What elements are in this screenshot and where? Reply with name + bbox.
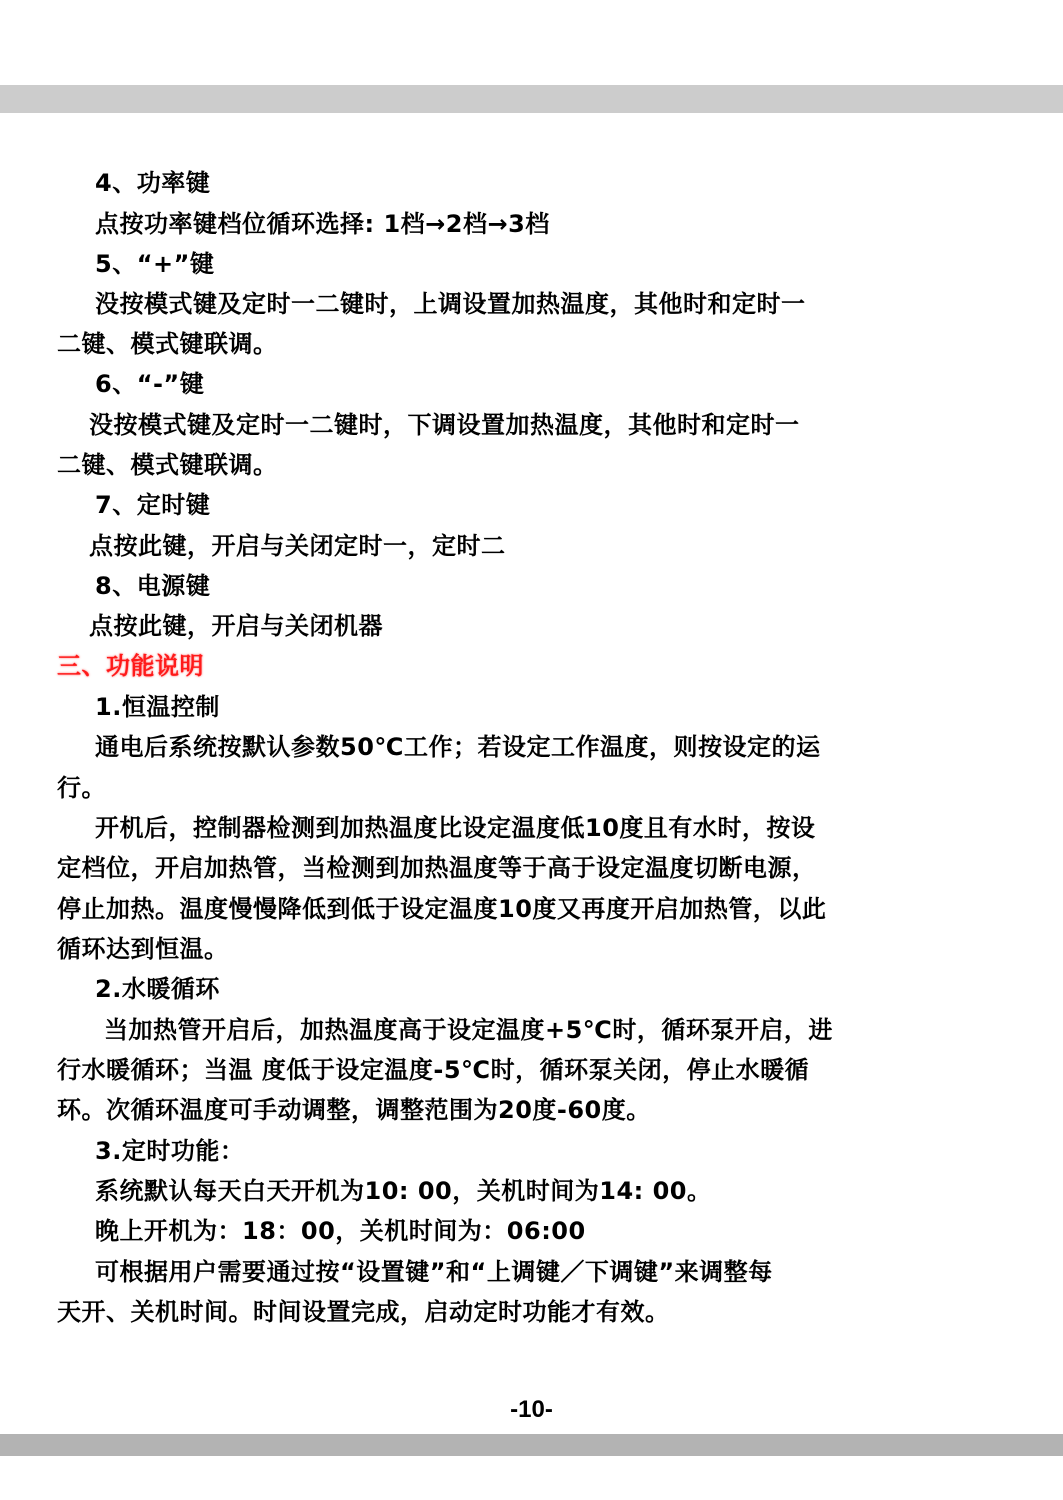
subsection-title: 2.水暖循环 <box>95 974 220 1004</box>
paragraph-line: 循环达到恒温。 <box>57 934 229 964</box>
paragraph-line: 行。 <box>57 773 106 803</box>
key-title: 5、“+”键 <box>95 249 214 279</box>
key-description: 点按此键，开启与关闭定时一，定时二 <box>89 531 506 561</box>
subsection-title: 1.恒温控制 <box>95 692 220 722</box>
paragraph-line: 定档位，开启加热管，当检测到加热温度等于高于设定温度切断电源， <box>57 853 817 883</box>
paragraph-line: 通电后系统按默认参数50℃工作；若设定工作温度，则按设定的运 <box>95 732 820 762</box>
key-title: 6、“-”键 <box>95 369 204 399</box>
key-description: 没按模式键及定时一二键时，上调设置加热温度，其他时和定时一 <box>95 289 806 319</box>
paragraph-line: 当加热管开启后，加热温度高于设定温度+5℃时，循环泵开启，进 <box>104 1015 833 1045</box>
key-title: 8、电源键 <box>95 571 210 601</box>
section-heading: 三、功能说明 <box>57 651 204 681</box>
paragraph-line: 系统默认每天白天开机为10: 00，关机时间为14: 00。 <box>95 1176 712 1206</box>
paragraph-line: 天开、关机时间。时间设置完成，启动定时功能才有效。 <box>57 1297 670 1327</box>
key-description: 没按模式键及定时一二键时，下调设置加热温度，其他时和定时一 <box>89 410 800 440</box>
paragraph-line: 晚上开机为：18：00，关机时间为：06:00 <box>95 1216 586 1246</box>
paragraph-line: 环。次循环温度可手动调整，调整范围为20度-60度。 <box>57 1095 651 1125</box>
paragraph-line: 停止加热。温度慢慢降低到低于设定温度10度又再度开启加热管，以此 <box>57 894 826 924</box>
paragraph-line: 行水暖循环；当温 度低于设定温度-5℃时，循环泵关闭，停止水暖循 <box>57 1055 809 1085</box>
key-title: 4、功率键 <box>95 168 210 198</box>
key-description: 二键、模式键联调。 <box>57 450 278 480</box>
key-title: 7、定时键 <box>95 490 210 520</box>
paragraph-line: 开机后，控制器检测到加热温度比设定温度低10度且有水时，按设 <box>95 813 815 843</box>
footer-bar <box>0 1434 1063 1456</box>
subsection-title: 3.定时功能： <box>95 1136 244 1166</box>
key-description: 点按功率键档位循环选择: 1档→2档→3档 <box>95 209 550 239</box>
key-description: 二键、模式键联调。 <box>57 329 278 359</box>
paragraph-line: 可根据用户需要通过按“设置键”和“上调键／下调键”来调整每 <box>95 1257 773 1287</box>
header-bar <box>0 85 1063 113</box>
page-number: -10- <box>0 1396 1063 1424</box>
key-description: 点按此键，开启与关闭机器 <box>89 611 383 641</box>
